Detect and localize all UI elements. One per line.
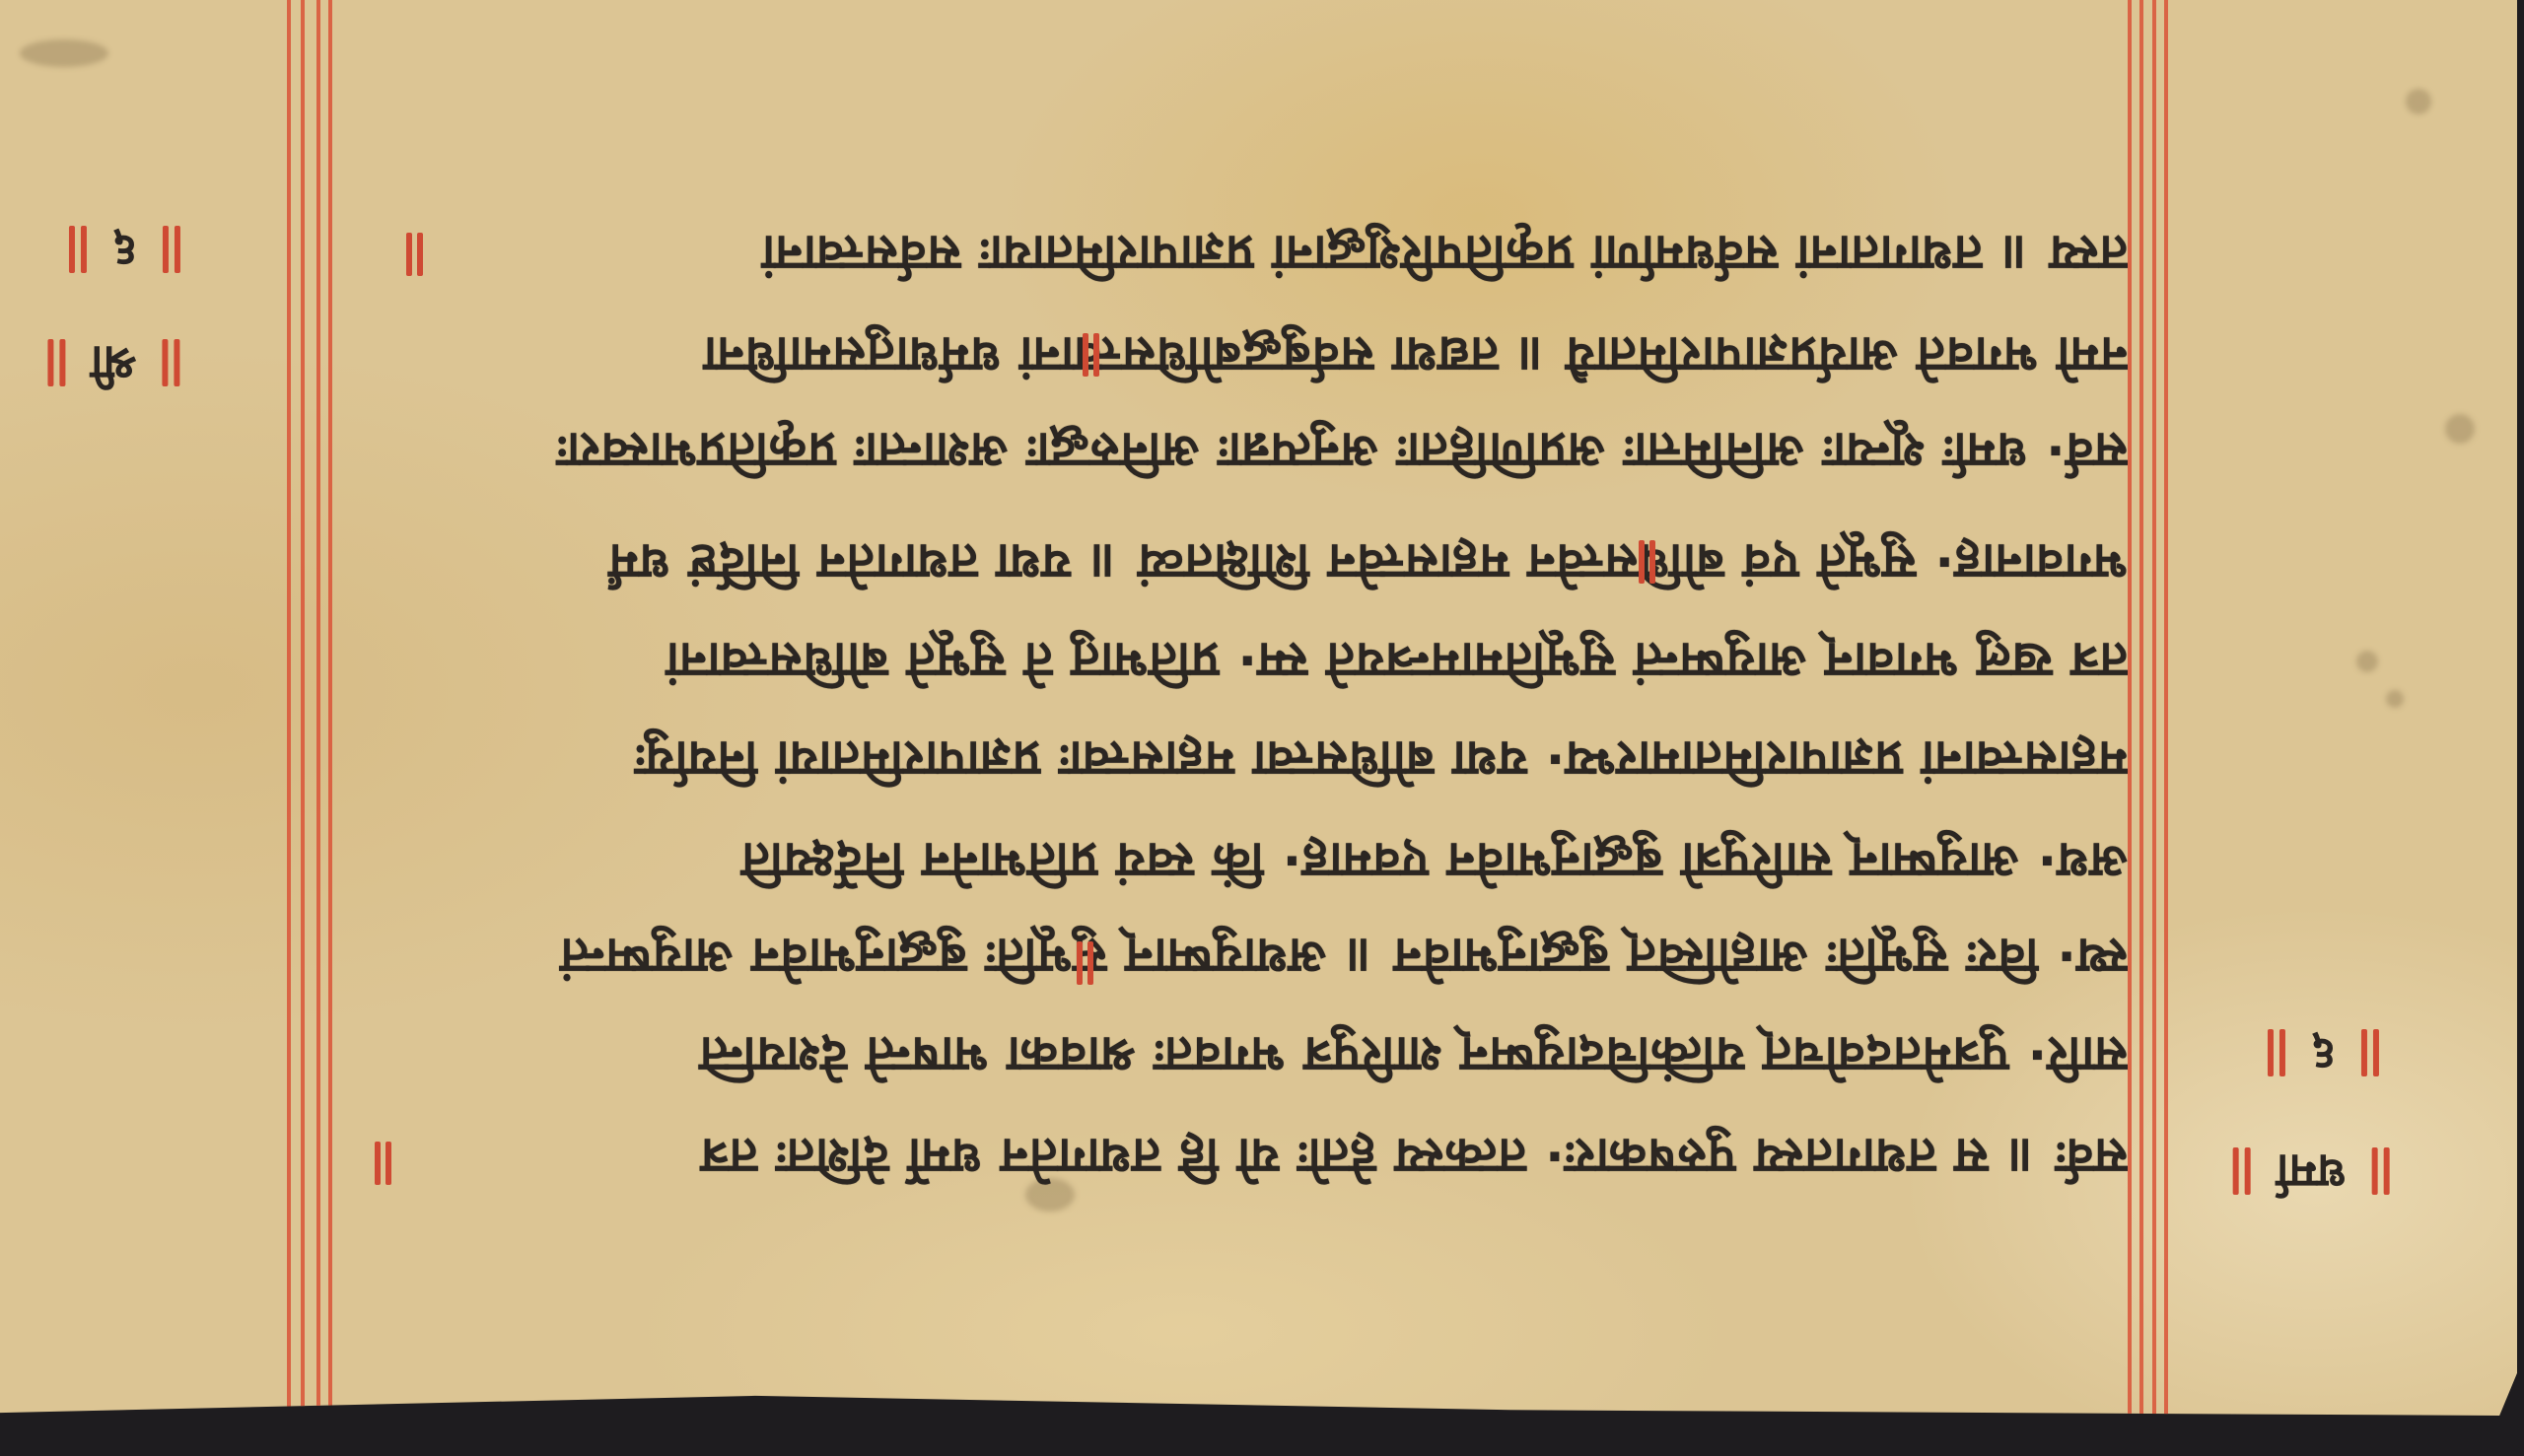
left-ruling-line <box>316 0 320 1416</box>
manuscript-line-9: सारि· पुत्रमेतदवोचत् यत्किंचिदायुष्मन् श… <box>325 1020 2128 1089</box>
double-danda <box>47 339 65 386</box>
double-danda <box>162 339 179 386</box>
manuscript-line-3: सर्व· धर्माः शून्याः अनिमित्ताः अप्रणिहि… <box>325 416 2128 485</box>
double-danda <box>163 226 180 273</box>
red-danda-marker <box>1077 941 1094 985</box>
left-ruling-line <box>287 0 291 1416</box>
manuscript-line-8: स्थ· विरः सुभूतिः आहोस्वित् बुद्धानुभावे… <box>325 922 2128 991</box>
right-ruling-line <box>2128 0 2132 1416</box>
red-danda-marker <box>375 1142 392 1185</box>
line-text: भगवानाह· सुभूते एवं बोधिसत्त्वेन महासत्त… <box>608 527 2128 596</box>
stain <box>20 39 108 67</box>
left-margin-label: श्री <box>47 335 179 390</box>
stain <box>2356 651 2378 672</box>
double-danda <box>2233 1147 2251 1195</box>
manuscript-line-1: तस्य ॥ तथागतानां सर्वधर्माणां प्रकृतिपरि… <box>325 219 2128 288</box>
left-margin-folio-number: ६ <box>69 222 180 277</box>
manuscript-line-6: महासत्त्वानां प्रज्ञापारमितामारभ्य· यथा … <box>325 725 2128 794</box>
line-text: महासत्त्वानां प्रज्ञापारमितामारभ्य· यथा … <box>634 725 2128 794</box>
line-text: सर्व· धर्माः शून्याः अनिमित्ताः अप्रणिहि… <box>556 416 2128 485</box>
line-text: स्थ· विरः सुभूतिः आहोस्वित् बुद्धानुभावे… <box>559 922 2128 991</box>
right-margin-label: धर्मा <box>2233 1144 2390 1199</box>
line-text: तस्य ॥ तथागतानां सर्वधर्माणां प्रकृतिपरि… <box>761 219 2128 288</box>
double-danda <box>2361 1029 2379 1076</box>
red-danda-marker <box>406 233 424 276</box>
left-ruling-line <box>328 0 332 1416</box>
double-danda <box>2268 1029 2285 1076</box>
manuscript-line-2: नमो भगवते आर्यप्रज्ञापारमितायै ॥ तद्यथा … <box>325 320 2128 389</box>
right-ruling-line <box>2139 0 2143 1416</box>
right-ruling-line <box>2152 0 2156 1416</box>
line-text: अथ· आयुष्मान् सारिपुत्रो बुद्धानुभावेन ए… <box>740 826 2128 895</box>
right-ruling-line <box>2164 0 2168 1416</box>
stain <box>2445 414 2475 444</box>
manuscript-line-10: सर्वः ॥ स तथागतस्य पुरुषकारः· तत्कस्य हे… <box>325 1122 2128 1191</box>
folio-label: धर्मा <box>2277 1144 2347 1199</box>
red-danda-marker <box>1639 540 1656 584</box>
double-danda <box>2372 1147 2390 1195</box>
manuscript-line-5: तत्र खलु भगवान् आयुष्मन्तं सुभूतिमामन्त्… <box>325 626 2128 695</box>
stain <box>2386 690 2404 708</box>
red-danda-marker <box>1083 333 1100 377</box>
manuscript-line-4: भगवानाह· सुभूते एवं बोधिसत्त्वेन महासत्त… <box>325 527 2128 596</box>
line-text: सर्वः ॥ स तथागतस्य पुरुषकारः· तत्कस्य हे… <box>700 1122 2128 1191</box>
line-text: तत्र खलु भगवान् आयुष्मन्तं सुभूतिमामन्त्… <box>666 626 2128 695</box>
manuscript-line-7: अथ· आयुष्मान् सारिपुत्रो बुद्धानुभावेन ए… <box>325 826 2128 895</box>
line-text: नमो भगवते आर्यप्रज्ञापारमितायै ॥ तद्यथा … <box>703 320 2128 389</box>
folio-number: ६ <box>2311 1025 2336 1080</box>
left-ruling-line <box>301 0 305 1416</box>
folio-label: श्री <box>91 335 136 390</box>
right-margin-folio-number: ६ <box>2268 1025 2379 1080</box>
manuscript-folio: ६ श्री ६ धर्मा तस्य ॥ तथागतानां सर्वधर्म… <box>0 0 2517 1416</box>
stain <box>2406 89 2431 114</box>
folio-number: ६ <box>112 222 137 277</box>
line-text: सारि· पुत्रमेतदवोचत् यत्किंचिदायुष्मन् श… <box>699 1020 2128 1089</box>
double-danda <box>69 226 87 273</box>
